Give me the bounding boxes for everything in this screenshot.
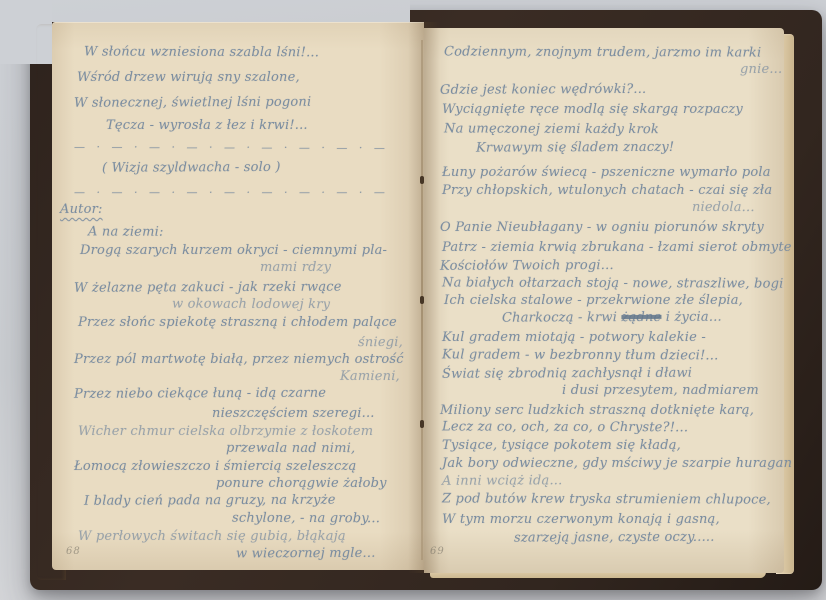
handwritten-line: ponure chorągwie żałoby xyxy=(216,475,420,492)
handwritten-line: Miliony serc ludzkich straszną dotknięte… xyxy=(440,402,786,419)
handwritten-line: Jak bory odwieczne, gdy mściwy je szarpi… xyxy=(442,455,786,472)
handwritten-line: niedola... xyxy=(692,199,786,216)
handwritten-line: i dusi przesytem, nadmiarem xyxy=(562,382,786,399)
hand-drawn-separator: — · — · — · — · — · — · — · — · — xyxy=(74,138,420,156)
handwritten-line: gnie... xyxy=(740,61,786,78)
handwritten-line: Na umęczonej ziemi każdy krok xyxy=(444,120,786,138)
handwritten-line: Tęcza - wyrosła z łez i krwi!... xyxy=(106,117,420,134)
left-page-number: 68 xyxy=(66,546,81,557)
handwritten-line: śniegi, xyxy=(358,334,420,351)
handwritten-line: Drogą szarych kurzem okryci - ciemnymi p… xyxy=(80,242,420,259)
handwritten-line: ( Wizja szyldwacha - solo ) xyxy=(102,158,420,176)
handwritten-line: Codziennym, znojnym trudem, jarzmo im ka… xyxy=(444,43,786,61)
left-page-text: W słońcu wzniesiona szabla lśni!...Wśród… xyxy=(74,44,420,562)
handwritten-line: Przy chłopskich, wtulonych chatach - cza… xyxy=(442,182,786,199)
handwritten-line: Charkoczą - krwi żądne i życia... xyxy=(502,308,786,326)
handwritten-line: Łomocą złowieszczo i śmiercią szeleszczą xyxy=(74,458,420,475)
handwritten-line: W żelazne pęta zakuci - jak rzeki rwące xyxy=(74,278,420,297)
handwritten-line: schylone, - na groby... xyxy=(232,510,420,528)
handwritten-line: Z pod butów krew tryska strumieniem chlu… xyxy=(442,490,786,508)
handwritten-line: w okowach lodowej kry xyxy=(172,296,420,314)
handwritten-line: Łuny pożarów świecą - pszeniczne wymarło… xyxy=(442,164,786,181)
handwritten-line: O Panie Nieubłagany - w ogniu piorunów s… xyxy=(440,219,786,236)
right-page-number: 69 xyxy=(430,546,445,557)
binding-stitch xyxy=(420,420,424,428)
handwritten-line: w wieczornej mgle... xyxy=(236,545,420,563)
handwritten-line: Lecz za co, och, za co, o Chryste?!... xyxy=(442,418,786,436)
handwritten-line: W słońcu wzniesiona szabla lśni!... xyxy=(84,43,420,61)
binding-stitch xyxy=(420,176,424,184)
handwritten-line: nieszczęściem szeregi... xyxy=(212,405,420,422)
handwritten-line: Przez niebo ciekące łuną - idą czarne xyxy=(74,384,420,403)
handwritten-line: Kościołów Twoich progi... xyxy=(440,256,786,275)
binding-stitch xyxy=(420,296,424,304)
handwritten-line: szarzeją jasne, czyste oczy..... xyxy=(514,528,786,546)
handwritten-line: Wyciągnięte ręce modlą się skargą rozpac… xyxy=(442,101,786,118)
handwritten-line: Kamieni, xyxy=(340,368,420,385)
handwritten-line: Gdzie jest koniec wędrówki?... xyxy=(440,80,786,99)
handwritten-line: Przez pól martwotę białą, przez niemych … xyxy=(74,351,420,368)
handwritten-line: Kul gradem miotają - potwory kalekie - xyxy=(442,329,786,346)
hand-drawn-separator: — · — · — · — · — · — · — · — · — xyxy=(74,184,420,201)
photo-of-open-notebook: W słońcu wzniesiona szabla lśni!...Wśród… xyxy=(0,0,826,600)
scribbled-out-word: żądne xyxy=(621,310,661,325)
handwritten-line: Ich cielska stalowe - przekrwione złe śl… xyxy=(444,292,786,309)
handwritten-line: A na ziemi: xyxy=(88,223,420,241)
handwritten-line: Autor: xyxy=(60,201,420,218)
handwritten-line: mami rdzy xyxy=(260,259,420,276)
backdrop xyxy=(0,0,410,22)
handwritten-line: przewala nad nimi, xyxy=(226,440,420,458)
handwritten-line: W perłowych świtach się gubią, błąkają xyxy=(78,528,420,545)
handwritten-line: W słonecznej, świetlnej lśni pogoni xyxy=(74,93,420,112)
handwritten-line: I blady cień pada na gruzy, na krzyże xyxy=(84,491,420,509)
handwritten-line: Kul gradem - w bezbronny tłum dzieci!... xyxy=(442,346,786,364)
handwritten-line: W tym morzu czerwonym konają i gasną, xyxy=(442,511,786,528)
right-page-text: Codziennym, znojnym trudem, jarzmo im ka… xyxy=(440,44,786,546)
handwritten-line: Przez słońc spiekotę straszną i chłodem … xyxy=(78,314,420,331)
handwritten-line: Patrz - ziemia krwią zbrukana - łzami si… xyxy=(442,239,786,256)
handwritten-line: Świat się zbrodnią zachłysnął i dławi xyxy=(442,364,786,383)
handwritten-line: Wicher chmur cielska olbrzymie z łoskote… xyxy=(78,423,420,440)
handwritten-line: Krwawym się śladem znaczy! xyxy=(476,138,786,156)
handwritten-line: Wśród drzew wirują sny szalone, xyxy=(77,69,420,86)
handwritten-line: Na białych ołtarzach stoją - nowe, stras… xyxy=(442,274,786,292)
handwritten-line: Tysiące, tysiące pokotem się kładą, xyxy=(442,437,786,454)
handwritten-line: A inni wciąż idą... xyxy=(442,471,786,490)
